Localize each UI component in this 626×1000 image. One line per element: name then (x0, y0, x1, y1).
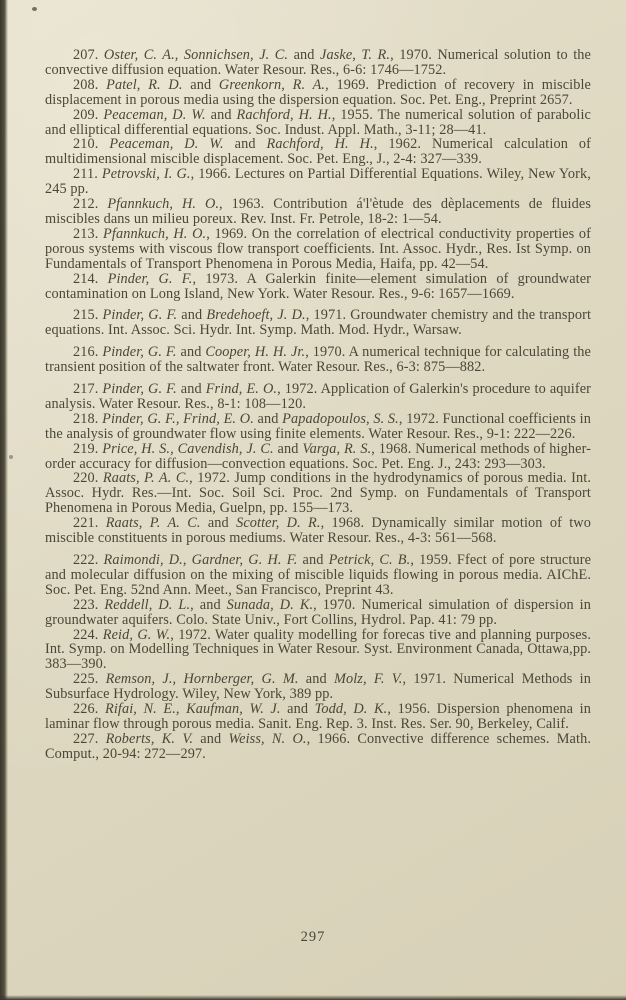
author-name: Petrick, C. B. (329, 552, 411, 568)
reference-entry: 212. Pfannkuch, H. O., 1963. Contributio… (45, 197, 591, 227)
reference-entry: 217. Pinder, G. F. and Frind, E. O., 197… (45, 382, 591, 412)
author-name: Frind, E. O. (206, 381, 277, 397)
page-left-edge-shadow (0, 0, 8, 1000)
reference-text: and (177, 381, 206, 397)
author-name: Price, H. S., Cavendish, J. C. (102, 441, 273, 457)
reference-entry: 223. Reddell, D. L., and Sunada, D. K., … (45, 598, 591, 628)
reference-text: and (206, 107, 237, 123)
author-name: Roberts, K. V. (106, 731, 193, 747)
author-name: Sunada, D. K. (227, 597, 313, 613)
reference-text: 208. (73, 77, 106, 93)
references-list: 207. Oster, C. A., Sonnichsen, J. C. and… (45, 48, 591, 762)
reference-text: 210. (73, 136, 109, 152)
author-name: Patel, R. D. (106, 77, 182, 93)
reference-text: 211. (73, 166, 102, 182)
reference-text: 213. (73, 226, 103, 242)
reference-entry: 215. Pinder, G. F. and Bredehoeft, J. D.… (45, 308, 591, 338)
reference-entry: 227. Roberts, K. V. and Weiss, N. O., 19… (45, 732, 591, 762)
author-name: Scotter, D. R. (236, 515, 320, 531)
reference-text: 212. (73, 196, 107, 212)
author-name: Rachford, H. H. (237, 107, 332, 123)
author-name: Peaceman, D. W. (109, 136, 223, 152)
author-name: Pinder, G. F. (102, 381, 176, 397)
author-name: Raats, P. A. C. (106, 515, 201, 531)
author-name: Molz, F. V. (334, 671, 402, 687)
reference-text: and (201, 515, 237, 531)
reference-entry: 226. Rifai, N. E., Kaufman, W. J. and To… (45, 702, 591, 732)
reference-text: and (281, 701, 315, 717)
reference-entry: 225. Remson, J., Hornberger, G. M. and M… (45, 672, 591, 702)
reference-text: and (288, 47, 320, 63)
reference-text: 222. (73, 552, 104, 568)
reference-text: 215. (73, 307, 103, 323)
author-name: Bredehoeft, J. D. (206, 307, 305, 323)
author-name: Rifai, N. E., Kaufman, W. J. (105, 701, 281, 717)
author-name: Cooper, H. H. Jr. (205, 344, 305, 360)
reference-text: 207. (73, 47, 104, 63)
reference-text: 217. (73, 381, 102, 397)
reference-text: 209. (73, 107, 103, 123)
author-name: Pinder, G. F., Frind, E. O. (102, 411, 254, 427)
reference-entry: 209. Peaceman, D. W. and Rachford, H. H.… (45, 108, 591, 138)
author-name: Greenkorn, R. A. (219, 77, 325, 93)
scan-speck (9, 455, 13, 459)
reference-text: and (183, 77, 219, 93)
reference-text: 216. (73, 344, 102, 360)
reference-text: 225. (73, 671, 106, 687)
reference-text: and (254, 411, 282, 427)
author-name: Papadopoulos, S. S. (282, 411, 399, 427)
author-name: Todd, D. K. (315, 701, 388, 717)
reference-text: 224. (73, 627, 103, 643)
author-name: Oster, C. A., Sonnichsen, J. C. (104, 47, 288, 63)
author-name: Peaceman, D. W. (103, 107, 205, 123)
reference-entry: 219. Price, H. S., Cavendish, J. C. and … (45, 442, 591, 472)
author-name: Pfannkuch, H. O. (107, 196, 219, 212)
reference-text: 214. (73, 271, 108, 287)
reference-text: and (224, 136, 267, 152)
reference-text: 219. (73, 441, 102, 457)
page-bottom-edge-shadow (0, 995, 626, 1000)
author-name: Rachford, H. H. (267, 136, 374, 152)
author-name: Pfannkuch, H. O. (103, 226, 206, 242)
reference-text: 227. (73, 731, 106, 747)
author-name: Petrovski, I. G. (102, 166, 191, 182)
reference-text: and (297, 552, 328, 568)
reference-text: and (274, 441, 303, 457)
reference-entry: 214. Pinder, G. F., 1973. A Galerkin fin… (45, 272, 591, 302)
author-name: Pinder, G. F. (103, 307, 178, 323)
author-name: Raimondi, D., Gardner, G. H. F. (104, 552, 298, 568)
reference-text: and (299, 671, 334, 687)
reference-text: and (177, 344, 206, 360)
reference-entry: 218. Pinder, G. F., Frind, E. O. and Pap… (45, 412, 591, 442)
page-number: 297 (0, 929, 626, 946)
author-name: Reddell, D. L. (104, 597, 190, 613)
reference-text: 226. (73, 701, 105, 717)
author-name: Reid, G. W. (103, 627, 170, 643)
author-name: Weiss, N. O. (228, 731, 306, 747)
author-name: Remson, J., Hornberger, G. M. (106, 671, 299, 687)
author-name: Raats, P. A. C. (103, 470, 189, 486)
author-name: Pinder, G. F. (102, 344, 176, 360)
reference-entry: 221. Raats, P. A. C. and Scotter, D. R.,… (45, 516, 591, 546)
reference-entry: 220. Raats, P. A. C., 1972. Jump conditi… (45, 471, 591, 516)
reference-entry: 213. Pfannkuch, H. O., 1969. On the corr… (45, 227, 591, 272)
book-page: 207. Oster, C. A., Sonnichsen, J. C. and… (0, 0, 626, 1000)
reference-text: 221. (73, 515, 106, 531)
reference-entry: 216. Pinder, G. F. and Cooper, H. H. Jr.… (45, 345, 591, 375)
author-name: Jaske, T. R. (320, 47, 390, 63)
author-name: Varga, R. S. (302, 441, 371, 457)
reference-text: and (177, 307, 206, 323)
reference-entry: 211. Petrovski, I. G., 1966. Lectures on… (45, 167, 591, 197)
reference-text: and (193, 731, 228, 747)
scan-speck (32, 7, 37, 11)
reference-text: 223. (73, 597, 104, 613)
reference-entry: 224. Reid, G. W., 1972. Water quality mo… (45, 628, 591, 673)
reference-entry: 210. Peaceman, D. W. and Rachford, H. H.… (45, 137, 591, 167)
reference-entry: 222. Raimondi, D., Gardner, G. H. F. and… (45, 553, 591, 598)
reference-text: 218. (73, 411, 102, 427)
reference-text: 220. (73, 470, 103, 486)
author-name: Pinder, G. F. (108, 271, 193, 287)
reference-text: , and (190, 597, 227, 613)
reference-entry: 208. Patel, R. D. and Greenkorn, R. A., … (45, 78, 591, 108)
reference-entry: 207. Oster, C. A., Sonnichsen, J. C. and… (45, 48, 591, 78)
